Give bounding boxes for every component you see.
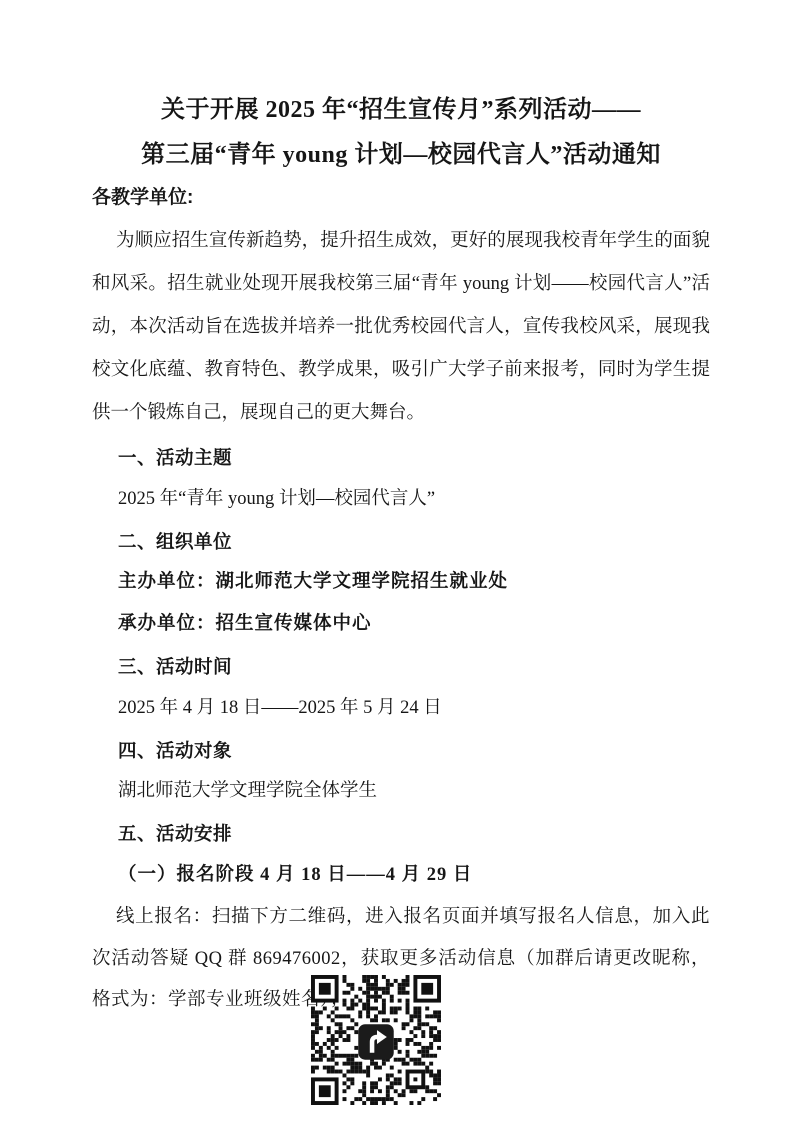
section5-heading: 五、活动安排	[92, 813, 710, 855]
section1-body: 2025 年“青年 young 计划—校园代言人”	[92, 479, 710, 521]
section4-body: 湖北师范大学文理学院全体学生	[92, 771, 710, 813]
section3-heading: 三、活动时间	[92, 646, 710, 688]
doc-title-line1: 关于开展 2025 年“招生宣传月”系列活动——	[92, 88, 710, 133]
qr-image	[311, 974, 441, 1106]
doc-title-line2: 第三届“青年 young 计划—校园代言人”活动通知	[92, 133, 710, 178]
signup-qr-code	[311, 974, 441, 1106]
document-page: 关于开展 2025 年“招生宣传月”系列活动—— 第三届“青年 young 计划…	[0, 0, 799, 1131]
section3-body: 2025 年 4 月 18 日——2025 年 5 月 24 日	[92, 688, 710, 730]
section2-host-line: 主办单位：湖北师范大学文理学院招生就业处	[92, 562, 710, 604]
qr-center-logo	[358, 1024, 393, 1059]
document-body: 关于开展 2025 年“招生宣传月”系列活动—— 第三届“青年 young 计划…	[92, 0, 710, 1022]
intro-paragraph: 为顺应招生宣传新趋势，提升招生成效，更好的展现我校青年学生的面貌和风采。招生就业…	[92, 220, 710, 435]
sections: 一、活动主题 2025 年“青年 young 计划—校园代言人” 二、组织单位 …	[92, 437, 710, 1022]
salutation: 各教学单位:	[92, 178, 710, 218]
section1-heading: 一、活动主题	[92, 437, 710, 479]
section4-heading: 四、活动对象	[92, 730, 710, 772]
doc-title: 关于开展 2025 年“招生宣传月”系列活动—— 第三届“青年 young 计划…	[92, 88, 710, 178]
stage1-heading: （一）报名阶段 4 月 18 日——4 月 29 日	[92, 855, 710, 897]
section2-organizer-line: 承办单位：招生宣传媒体中心	[92, 604, 710, 646]
section2-heading: 二、组织单位	[92, 521, 710, 563]
